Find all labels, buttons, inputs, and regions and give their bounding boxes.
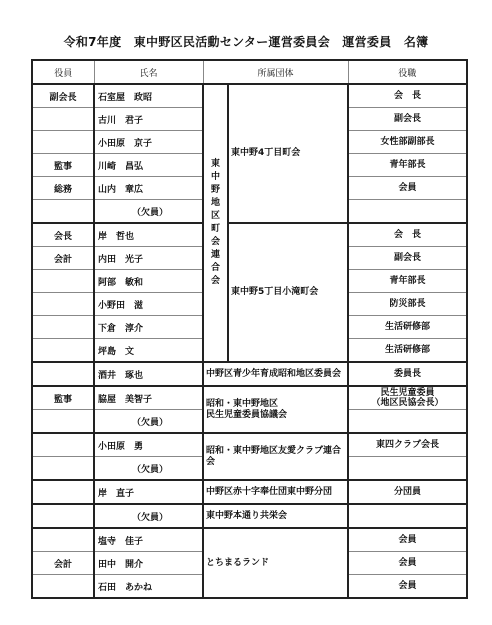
- name-cell: 内田 光子: [94, 247, 203, 270]
- name-cell-vacant: （欠員）: [94, 410, 203, 434]
- role-cell: 総務: [32, 177, 94, 200]
- role-cell: [32, 200, 94, 224]
- role-cell: [32, 504, 94, 528]
- name-cell: 脇屋 美智子: [94, 386, 203, 410]
- table-row: 会長 岸 哲也 東中野5丁目小滝町会 会 長: [32, 223, 467, 247]
- position-cell: [348, 504, 467, 528]
- name-cell: 石田 あかね: [94, 575, 203, 599]
- org-cell: 東中野4丁目町会: [228, 84, 348, 223]
- name-cell: 小田原 京子: [94, 131, 203, 154]
- position-cell: 会員: [348, 552, 467, 575]
- header-position: 役職: [348, 60, 467, 84]
- role-cell: [32, 270, 94, 293]
- name-cell: 岸 直子: [94, 480, 203, 504]
- position-cell: 青年部長: [348, 154, 467, 177]
- position-cell: 青年部長: [348, 270, 467, 293]
- header-org: 所属団体: [203, 60, 348, 84]
- org-cell: 昭和・東中野地区友愛クラブ連合会: [203, 433, 348, 480]
- name-cell: 小田原 勇: [94, 433, 203, 457]
- name-cell: 坪島 文: [94, 339, 203, 363]
- position-cell: 会員: [348, 177, 467, 200]
- org-cell: 東中野5丁目小滝町会: [228, 223, 348, 362]
- position-cell: 民生児童委員 （地区民協会長）: [348, 386, 467, 410]
- role-cell: [32, 293, 94, 316]
- role-cell: 監事: [32, 386, 94, 410]
- position-cell: [348, 410, 467, 434]
- position-cell: 防災部長: [348, 293, 467, 316]
- name-cell: 岸 哲也: [94, 223, 203, 247]
- role-cell: [32, 433, 94, 457]
- name-cell-vacant: （欠員）: [94, 504, 203, 528]
- header-name: 氏名: [94, 60, 203, 84]
- position-cell: 副会長: [348, 108, 467, 131]
- role-cell: [32, 480, 94, 504]
- org-cell: とちまるランド: [203, 528, 348, 598]
- role-cell: [32, 131, 94, 154]
- table-row: 副会長 石室屋 政昭 東中野地区町会連合会 東中野4丁目町会 会 長: [32, 84, 467, 108]
- role-cell: 会計: [32, 247, 94, 270]
- table-row: （欠員） 東中野本通り共栄会: [32, 504, 467, 528]
- name-cell: 山内 章広: [94, 177, 203, 200]
- role-cell: [32, 528, 94, 552]
- name-cell: 塩寺 佳子: [94, 528, 203, 552]
- position-cell: 会員: [348, 575, 467, 599]
- position-cell: 女性部副部長: [348, 131, 467, 154]
- org-cell: 東中野本通り共栄会: [203, 504, 348, 528]
- position-cell: 生活研修部: [348, 316, 467, 339]
- table-row: 塩寺 佳子 とちまるランド 会員: [32, 528, 467, 552]
- table-row: 監事 脇屋 美智子 昭和・東中野地区 民生児童委員協議会 民生児童委員 （地区民…: [32, 386, 467, 410]
- position-cell: [348, 457, 467, 481]
- federation-label: 東中野地区町会連合会: [203, 84, 228, 362]
- role-cell: [32, 108, 94, 131]
- role-cell: 会計: [32, 552, 94, 575]
- name-cell: 田中 開介: [94, 552, 203, 575]
- role-cell: [32, 410, 94, 434]
- org-cell: 中野区赤十字奉仕団東中野分団: [203, 480, 348, 504]
- name-cell: 小野田 滋: [94, 293, 203, 316]
- role-cell: [32, 575, 94, 599]
- position-cell: 会員: [348, 528, 467, 552]
- name-cell: 阿部 敏和: [94, 270, 203, 293]
- org-cell: 中野区青少年育成昭和地区委員会: [203, 362, 348, 386]
- org-cell: 昭和・東中野地区 民生児童委員協議会: [203, 386, 348, 433]
- position-cell: 東四クラブ会長: [348, 433, 467, 457]
- position-cell: 委員長: [348, 362, 467, 386]
- table-row: 岸 直子 中野区赤十字奉仕団東中野分団 分団員: [32, 480, 467, 504]
- role-cell: 副会長: [32, 84, 94, 108]
- position-cell: 副会長: [348, 247, 467, 270]
- position-cell: 分団員: [348, 480, 467, 504]
- name-cell: 下倉 淳介: [94, 316, 203, 339]
- name-cell-vacant: （欠員）: [94, 457, 203, 481]
- role-cell: [32, 316, 94, 339]
- role-cell: 監事: [32, 154, 94, 177]
- role-cell: [32, 339, 94, 363]
- name-cell: 古川 君子: [94, 108, 203, 131]
- position-cell: 会 長: [348, 223, 467, 247]
- name-cell-vacant: （欠員）: [94, 200, 203, 224]
- roster-table: 役員 氏名 所属団体 役職 副会長 石室屋 政昭 東中野地区町会連合会 東中野4…: [31, 59, 468, 599]
- role-cell: [32, 457, 94, 481]
- name-cell: 酒井 琢也: [94, 362, 203, 386]
- table-row: 酒井 琢也 中野区青少年育成昭和地区委員会 委員長: [32, 362, 467, 386]
- table-row: 小田原 勇 昭和・東中野地区友愛クラブ連合会 東四クラブ会長: [32, 433, 467, 457]
- position-cell: 生活研修部: [348, 339, 467, 363]
- page-title: 令和7年度 東中野区民活動センター運営委員会 運営委員 名簿: [0, 33, 492, 50]
- role-cell: 会長: [32, 223, 94, 247]
- header-row: 役員 氏名 所属団体 役職: [32, 60, 467, 84]
- position-cell: [348, 200, 467, 224]
- position-cell: 会 長: [348, 84, 467, 108]
- role-cell: [32, 362, 94, 386]
- name-cell: 石室屋 政昭: [94, 84, 203, 108]
- name-cell: 川崎 昌弘: [94, 154, 203, 177]
- header-role: 役員: [32, 60, 94, 84]
